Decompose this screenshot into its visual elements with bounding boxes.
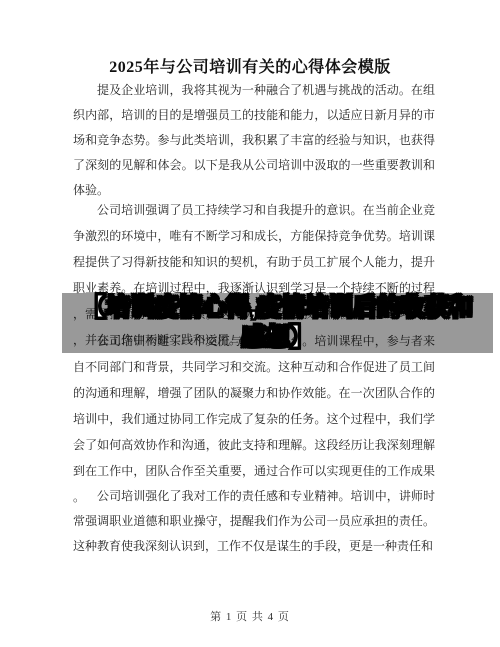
- document-page: 2025年与公司培训有关的心得体会模版 提及企业培训，我将其视为一种融合了机遇与…: [0, 0, 500, 647]
- page-footer: 第 1 页 共 4 页: [0, 608, 500, 624]
- paragraph: 公司培训强化了我对工作的责任感和专业精神。培训中，讲师时常强调职业道德和职业操守…: [73, 484, 435, 559]
- paragraph: 提及企业培训，我将其视为一种融合了机遇与挑战的活动。在组织内部，培训的目的是增强…: [73, 78, 435, 203]
- overlay-band: 【培训疫情心得,疫情培训后的收获和感想】: [62, 293, 493, 353]
- overlay-title: 【培训疫情心得,疫情培训后的收获和感想】: [74, 293, 482, 353]
- paragraph: 公司培训构建了一个交流与合作的平台。培训课程中，参与者来自不同部门和背景，共同学…: [73, 328, 435, 510]
- page-title: 2025年与公司培训有关的心得体会模版: [0, 54, 500, 77]
